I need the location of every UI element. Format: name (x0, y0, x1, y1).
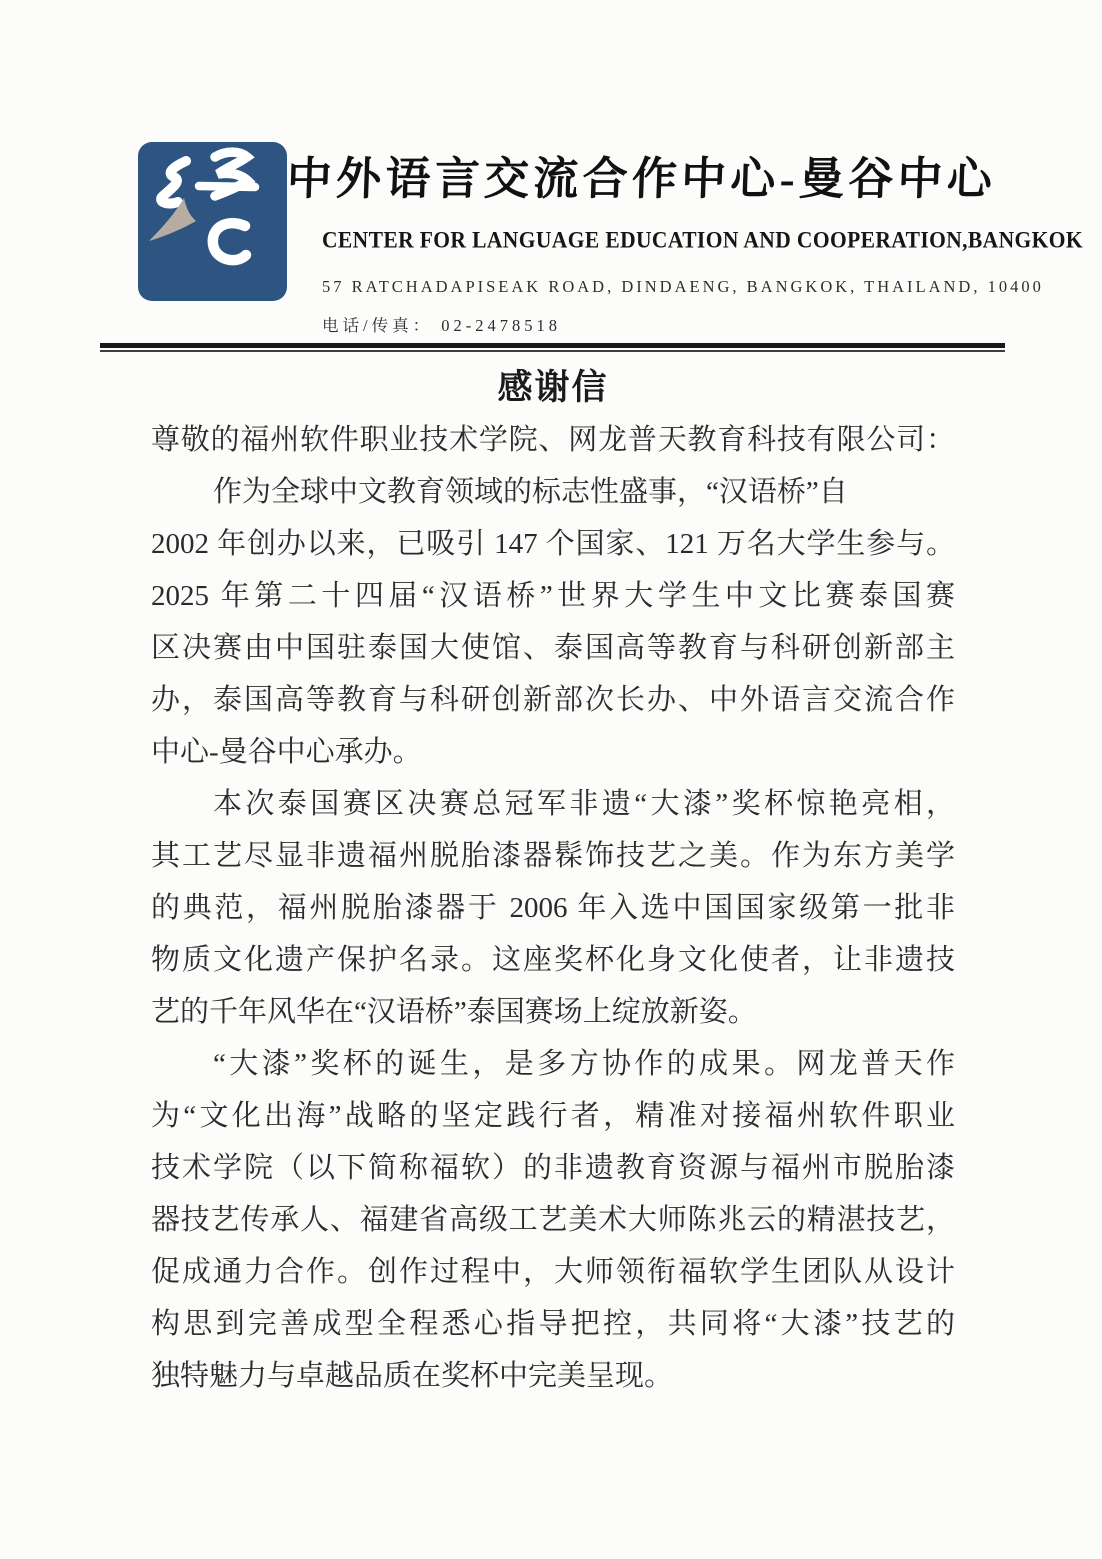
letter-line: 2025 年第二十四届“汉语桥”世界大学生中文比赛泰国赛 (151, 570, 955, 622)
letter-line: 构思到完善成型全程悉心指导把控，共同将“大漆”技艺的 (151, 1298, 955, 1350)
org-phone-label: 电话/传真： (322, 316, 433, 335)
letter-line: 尊敬的福州软件职业技术学院、网龙普天教育科技有限公司： (151, 414, 955, 466)
letter-line: 中心-曼谷中心承办。 (151, 726, 955, 778)
letter-line: 区决赛由中国驻泰国大使馆、泰国高等教育与科研创新部主 (151, 622, 955, 674)
org-address: 57 RATCHADAPISEAK ROAD, DINDAENG, BANGKO… (322, 277, 982, 297)
letter-line: “大漆”奖杯的诞生，是多方协作的成果。网龙普天作 (151, 1038, 955, 1090)
org-phone-number: 02-2478518 (441, 316, 561, 335)
letter-line: 独特魅力与卓越品质在奖杯中完美呈现。 (151, 1350, 955, 1402)
letter-line: 技术学院（以下简称福软）的非遗教育资源与福州市脱胎漆 (151, 1142, 955, 1194)
org-name-zh: 中外语言交流合作中心-曼谷中心 (286, 142, 994, 208)
letter-line: 的典范，福州脱胎漆器于 2006 年入选中国国家级第一批非 (151, 882, 955, 934)
letter-line: 作为全球中文教育领域的标志性盛事，“汉语桥”自 (151, 466, 955, 518)
letter-line: 物质文化遗产保护名录。这座奖杯化身文化使者，让非遗技 (151, 934, 955, 986)
letter-body: 尊敬的福州软件职业技术学院、网龙普天教育科技有限公司：作为全球中文教育领域的标志… (151, 414, 955, 1402)
letter-line: 促成通力合作。创作过程中，大师领衔福软学生团队从设计 (151, 1246, 955, 1298)
letter-line: 艺的千年风华在“汉语桥”泰国赛场上绽放新姿。 (151, 986, 955, 1038)
letter-title: 感谢信 (151, 360, 955, 410)
letter-line: 2002 年创办以来，已吸引 147 个国家、121 万名大学生参与。 (151, 518, 955, 570)
clec-logo-graphic (136, 140, 289, 303)
letter-line: 其工艺尽显非遗福州脱胎漆器髹饰技艺之美。作为东方美学 (151, 830, 955, 882)
letter-line: 为“文化出海”战略的坚定践行者，精准对接福州软件职业 (151, 1090, 955, 1142)
letter-line: 本次泰国赛区决赛总冠军非遗“大漆”奖杯惊艳亮相， (151, 778, 955, 830)
letterhead-divider (100, 343, 1005, 352)
letter-line: 器技艺传承人、福建省高级工艺美术大师陈兆云的精湛技艺， (151, 1194, 955, 1246)
org-phone: 电话/传真： 02-2478518 (322, 312, 561, 336)
org-name-en: CENTER FOR LANGUAGE EDUCATION AND COOPER… (322, 227, 962, 254)
letter-line: 办，泰国高等教育与科研创新部次长办、中外语言交流合作 (151, 674, 955, 726)
clec-logo (136, 140, 289, 303)
scanned-letter-page: 中外语言交流合作中心-曼谷中心 CENTER FOR LANGUAGE EDUC… (0, 0, 1102, 1559)
